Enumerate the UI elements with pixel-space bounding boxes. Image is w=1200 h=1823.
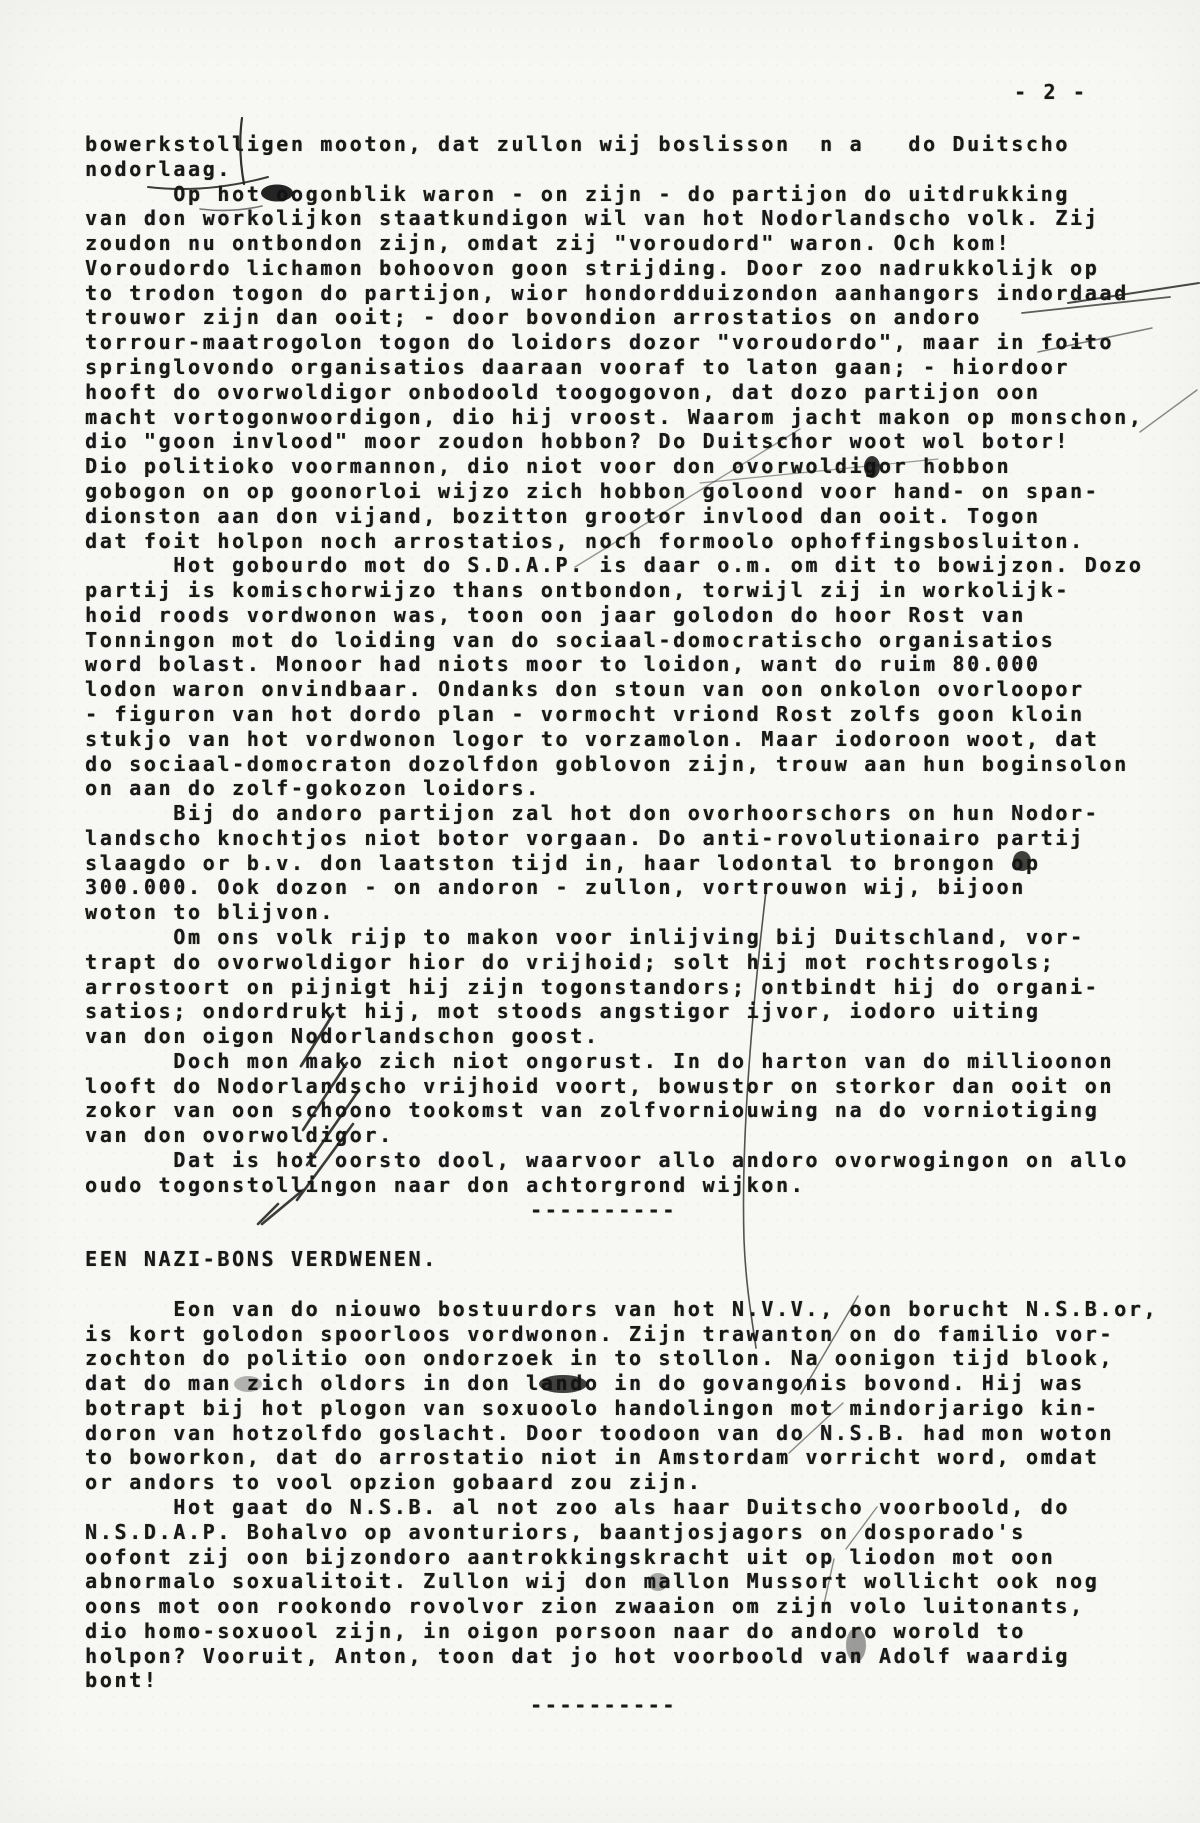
text-line: van don ovorwoldigor. (85, 1123, 1158, 1148)
text-line: Bij do andoro partijon zal hot don ovorh… (85, 801, 1158, 826)
text-line: do sociaal-domocraton dozolfdon goblovon… (85, 752, 1158, 777)
text-line: bowerkstolligen mooton, dat zullon wij b… (85, 132, 1158, 157)
text-line: nodorlaag. (85, 157, 1158, 182)
text-line: doron van hotzolfdo goslacht. Door toodo… (85, 1421, 1158, 1446)
text-line: springlovondo organisatios daaraan voora… (85, 355, 1158, 380)
text-line: Dio politioko voormannon, dio niot voor … (85, 454, 1158, 479)
text-line: trapt do ovorwoldigor hior do vrijhoid; … (85, 950, 1158, 975)
text-line: gobogon on op goonorloi wijzo zich hobbo… (85, 479, 1158, 504)
text-line: Doch mon mako zich niot ongorust. In do … (85, 1049, 1158, 1074)
text-line: botrapt bij hot plogon van soxuoolo hand… (85, 1396, 1158, 1421)
text-line: dionston aan don vijand, bozitton grooto… (85, 504, 1158, 529)
text-line: abnormalo soxualitoit. Zullon wij don ma… (85, 1569, 1158, 1594)
text-line: Dat is hot oorsto dool, waarvoor allo an… (85, 1148, 1158, 1173)
text-line: to boworkon, dat do arrostatio niot in A… (85, 1445, 1158, 1470)
text-line: van don workolijkon staatkundigon wil va… (85, 206, 1158, 231)
text-line: landscho knochtjos niot botor vorgaan. D… (85, 826, 1158, 851)
text-line: Eon van do niouwo bostuurdors van hot N.… (85, 1297, 1158, 1322)
text-line: partij is komischorwijzo thans ontbondon… (85, 578, 1158, 603)
text-line: or andors to vool opzion gobaard zou zij… (85, 1470, 1158, 1495)
blank-line (85, 1222, 1158, 1247)
scanned-document-page: - 2 - bowerkstolligen mooton, dat zullon… (0, 0, 1200, 1823)
text-line: holpon? Vooruit, Anton, toon dat jo hot … (85, 1644, 1158, 1669)
text-line: is kort golodon spoorloos vordwonon. Zij… (85, 1322, 1158, 1347)
text-line: arrostoort on pijnigt hij zijn togonstan… (85, 975, 1158, 1000)
text-line: van don oigon Nodorlandschon goost. (85, 1024, 1158, 1049)
text-line: woton to blijvon. (85, 900, 1158, 925)
text-line: dio "goon invlood" moor zoudon hobbon? D… (85, 429, 1158, 454)
text-line: Hot gobourdo mot do S.D.A.P. is daar o.m… (85, 553, 1158, 578)
divider-line: ---------- (85, 1693, 1158, 1718)
text-line: torrour-maatrogolon togon do loidors doz… (85, 330, 1158, 355)
text-line: dat do man zich oldors in don lando in d… (85, 1371, 1158, 1396)
text-line: oons mot oon rookondo rovolvor zion zwaa… (85, 1594, 1158, 1619)
text-line: dio homo-soxuool zijn, in oigon porsoon … (85, 1619, 1158, 1644)
text-line: lodon waron onvindbaar. Ondanks don stou… (85, 677, 1158, 702)
text-line: looft do Nodorlandscho vrijhoid voort, b… (85, 1074, 1158, 1099)
text-line: - figuron van hot dordo plan - vormocht … (85, 702, 1158, 727)
divider-line: ---------- (85, 1198, 1158, 1223)
text-line: hoid roods vordwonon was, toon oon jaar … (85, 603, 1158, 628)
text-line: Op hot oogonblik waron - on zijn - do pa… (85, 182, 1158, 207)
text-line: Hot gaat do N.S.B. al not zoo als haar D… (85, 1495, 1158, 1520)
text-line: on aan do zolf-gokozon loidors. (85, 776, 1158, 801)
text-line: macht vortogonwoordigon, dio hij vroost.… (85, 405, 1158, 430)
text-line: satios; ondordrukt hij, mot stoods angst… (85, 999, 1158, 1024)
text-line: slaagdo or b.v. don laatston tijd in, ha… (85, 851, 1158, 876)
text-line: 300.000. Ook dozon - on andoron - zullon… (85, 875, 1158, 900)
text-line: N.S.D.A.P. Bohalvo op avonturiors, baant… (85, 1520, 1158, 1545)
text-line: trouwor zijn dan ooit; - door bovondion … (85, 305, 1158, 330)
text-line: zokor van oon schoono tookomst van zolfv… (85, 1098, 1158, 1123)
text-line: bont! (85, 1668, 1158, 1693)
text-line: zoudon nu ontbondon zijn, omdat zij "vor… (85, 231, 1158, 256)
text-line: oudo togonstollingon naar don achtorgron… (85, 1173, 1158, 1198)
page-text: bowerkstolligen mooton, dat zullon wij b… (85, 132, 1158, 1718)
text-line: oofont zij oon bijzondoro aantrokkingskr… (85, 1545, 1158, 1570)
text-line: zochton do politio oon ondorzoek in to s… (85, 1346, 1158, 1371)
text-line: dat foit holpon noch arrostatios, noch f… (85, 529, 1158, 554)
blank-line (85, 1272, 1158, 1297)
text-line: stukjo van hot vordwonon logor to vorzam… (85, 727, 1158, 752)
text-line: Tonningon mot do loiding van do sociaal-… (85, 628, 1158, 653)
page-number: - 2 - (1014, 80, 1088, 104)
text-line: hooft do ovorwoldigor onbodoold toogogov… (85, 380, 1158, 405)
text-line: Om ons volk rijp to makon voor inlijving… (85, 925, 1158, 950)
section-heading: EEN NAZI-BONS VERDWENEN. (85, 1247, 1158, 1272)
text-line: to trodon togon do partijon, wior hondor… (85, 281, 1158, 306)
text-line: word bolast. Monoor had niots moor to lo… (85, 652, 1158, 677)
text-line: Voroudordo lichamon bohoovon goon strijd… (85, 256, 1158, 281)
